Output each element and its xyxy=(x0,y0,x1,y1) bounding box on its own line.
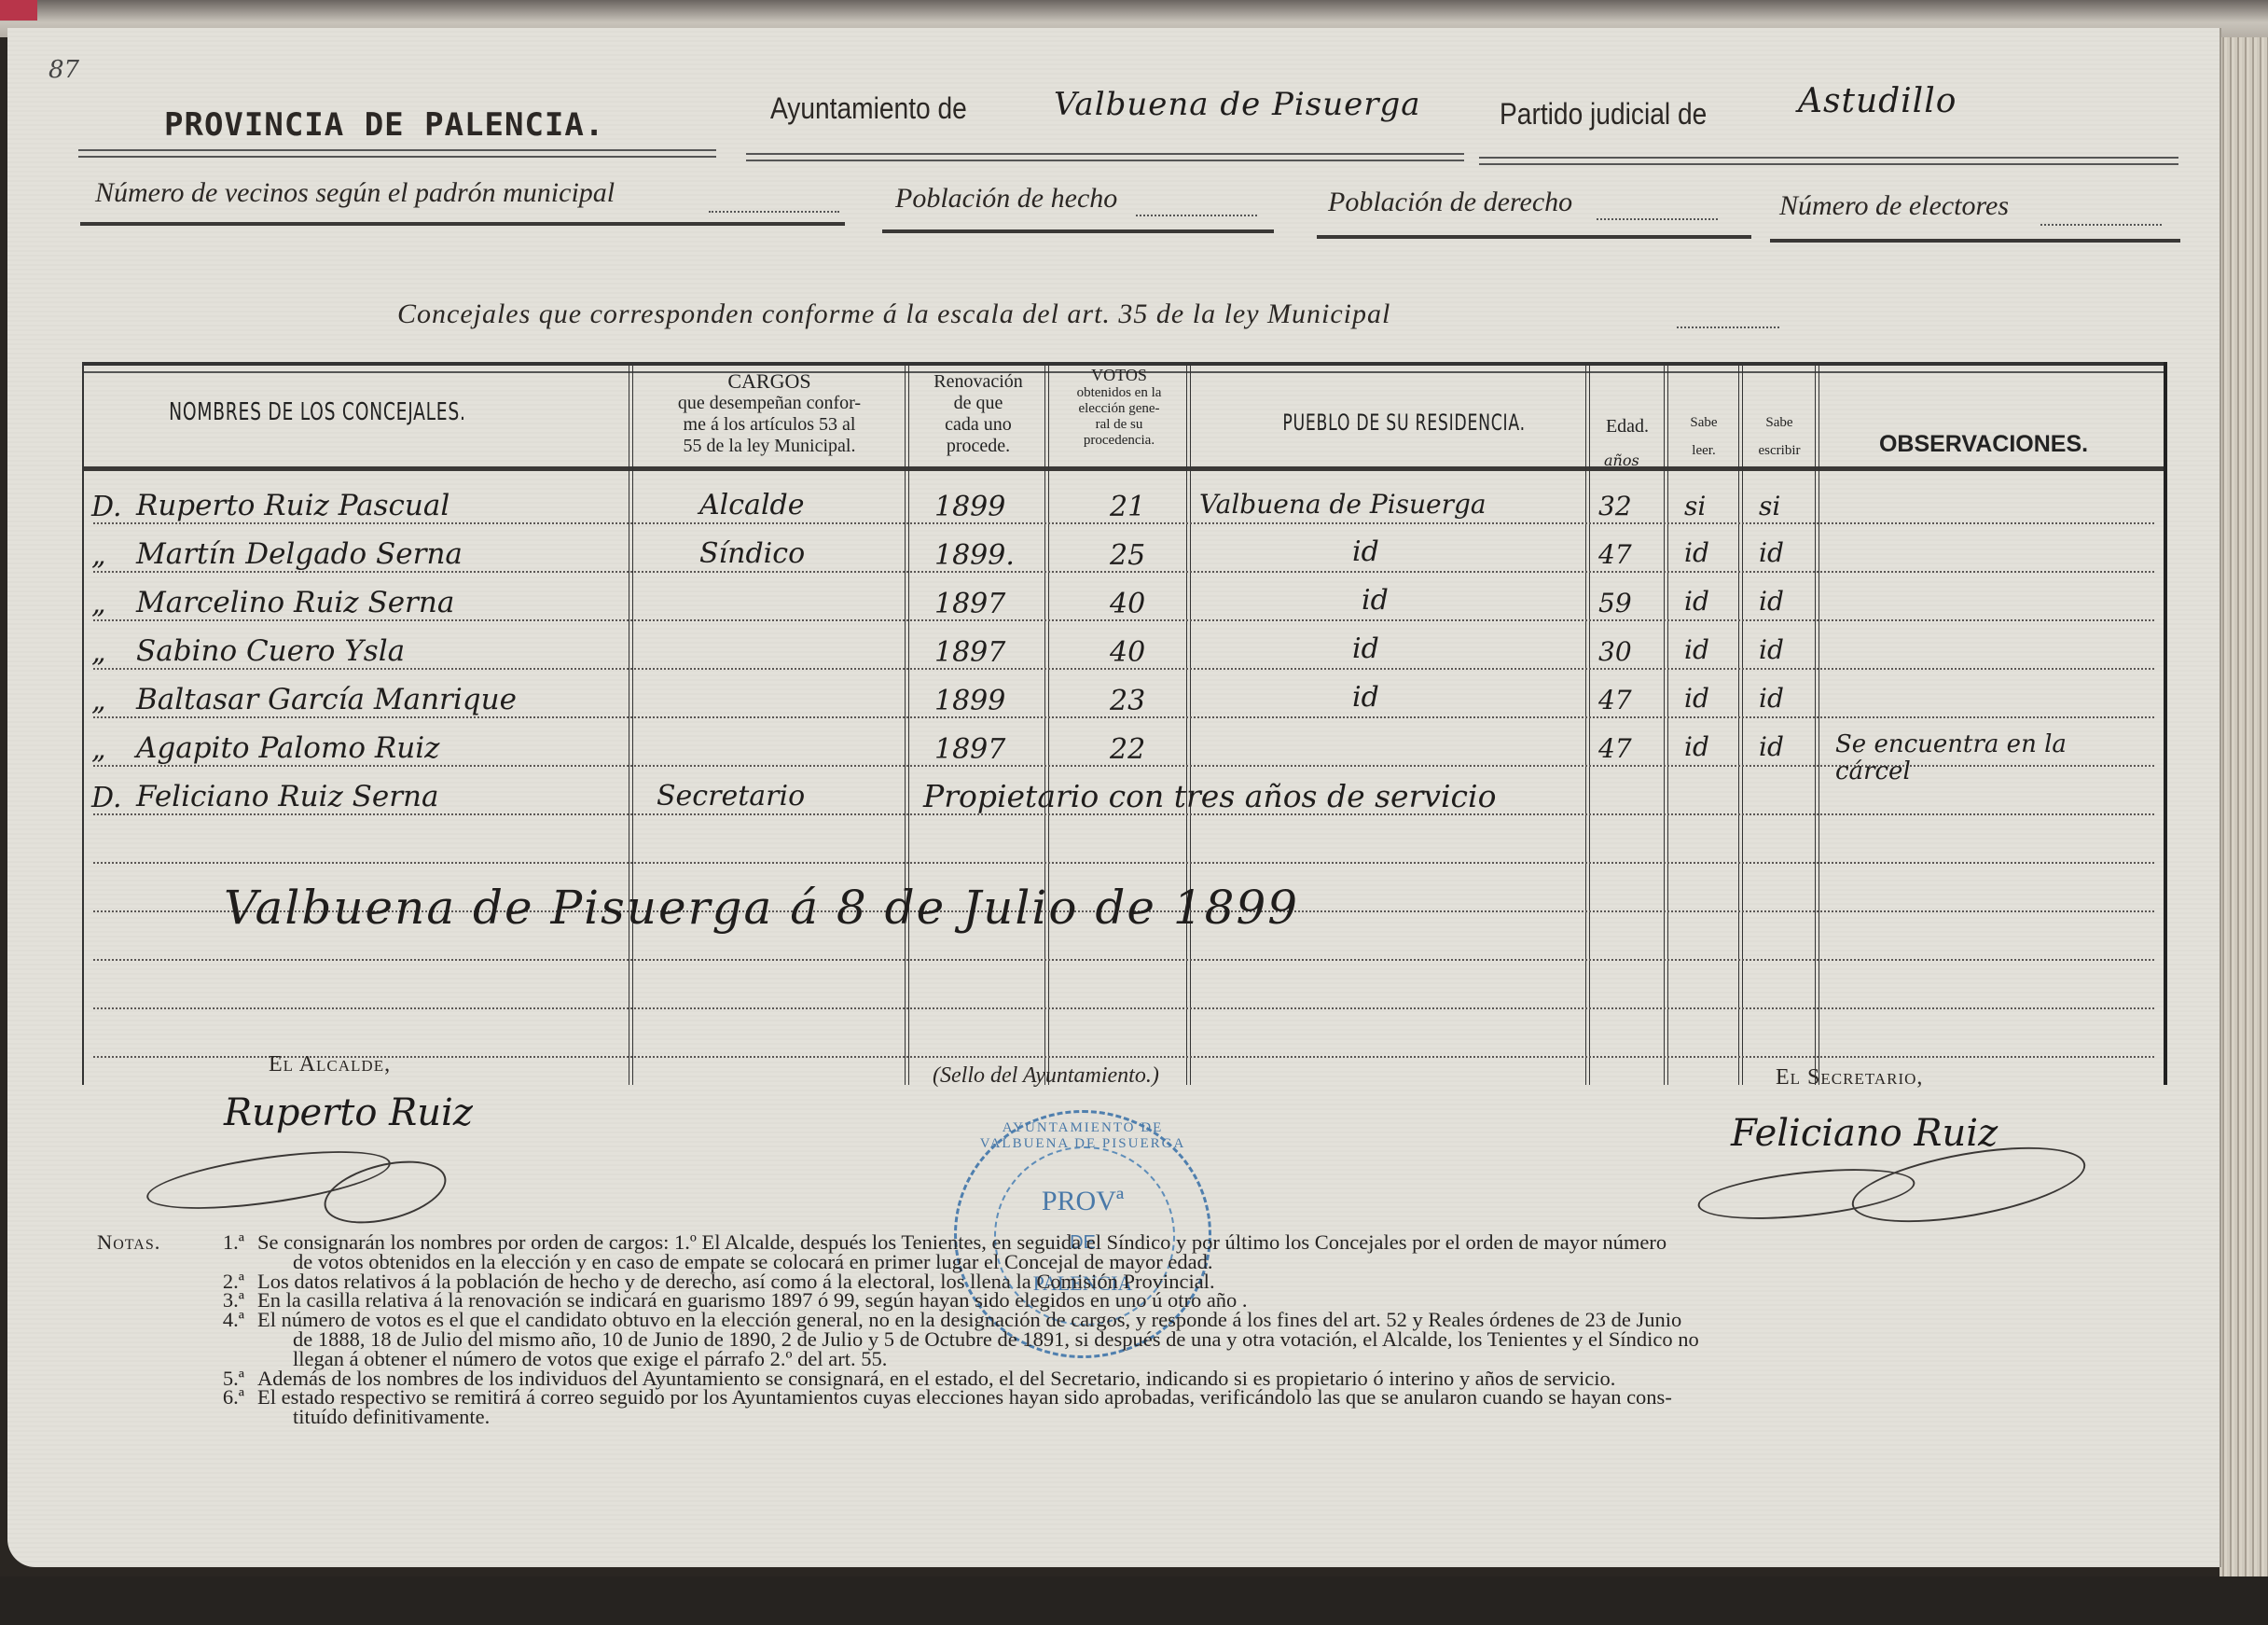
row-sabe-leer: id xyxy=(1684,537,1709,568)
column-divider xyxy=(1815,362,1819,1085)
column-divider xyxy=(1186,362,1191,1085)
row-sabe-escribir: id xyxy=(1759,731,1784,762)
row-edad: 59 xyxy=(1598,588,1632,618)
column-divider xyxy=(1044,362,1049,1085)
column-divider xyxy=(629,362,633,1085)
row-cargo: Síndico xyxy=(699,537,805,570)
row-edad: 47 xyxy=(1598,539,1632,570)
row-renovacion: 1899 xyxy=(934,491,1005,523)
header-edad: Edad. xyxy=(1589,416,1666,437)
vecinos-field xyxy=(709,211,839,213)
notes-heading: Notas. xyxy=(97,1233,190,1253)
row-pueblo: id xyxy=(1362,584,1389,617)
header-sabe-escribir: Sabe escribir xyxy=(1742,409,1817,465)
header-sabe-leer: Sabe leer. xyxy=(1667,409,1740,465)
row-sabe-escribir: si xyxy=(1759,491,1780,521)
row-line xyxy=(93,1007,2154,1009)
note-spacer xyxy=(97,1272,190,1292)
row-prefix: „ xyxy=(91,733,106,766)
row-nombre: Martín Delgado Serna xyxy=(136,537,463,571)
header-sabe-escribir-line: escribir xyxy=(1742,437,1817,465)
row-votos: 22 xyxy=(1110,733,1145,766)
secretario-signature: Feliciano Ruiz xyxy=(1731,1112,1998,1155)
row-sabe-escribir: id xyxy=(1759,537,1784,568)
header-votos-line: obtenidos en la xyxy=(1050,385,1188,401)
header-nombres: NOMBRES DE LOS CONCEJALES. xyxy=(103,399,532,427)
partido-label: Partido judicial de xyxy=(1500,97,1707,132)
note-number: 4.ª xyxy=(190,1311,257,1330)
row-cargo: Secretario xyxy=(657,780,805,812)
row-nombre: Agapito Palomo Ruiz xyxy=(136,731,439,765)
row-sabe-leer: id xyxy=(1684,731,1709,762)
header-edad-annotation: años xyxy=(1604,451,1639,469)
bookmark-ribbon xyxy=(0,0,37,21)
row-edad: 32 xyxy=(1598,491,1632,521)
row-prefix: „ xyxy=(91,685,106,717)
header-cargos-line: CARGOS xyxy=(634,369,905,393)
note-text: El estado respectivo se remitirá á corre… xyxy=(257,1388,2186,1408)
header-sabe-leer-line: leer. xyxy=(1667,437,1740,465)
row-cargo: Alcalde xyxy=(699,489,805,521)
stamp-ring-text: AYUNTAMIENTO DE VALBUENA DE PISUERGA xyxy=(957,1120,1209,1152)
header-sabe-escribir-line: Sabe xyxy=(1742,409,1817,437)
row-sabe-leer: id xyxy=(1684,683,1709,714)
poblacion-derecho-field xyxy=(1597,218,1718,220)
row-votos: 25 xyxy=(1110,539,1145,572)
row-votos: 40 xyxy=(1110,588,1145,620)
row-line xyxy=(93,959,2154,961)
vecinos-label: Número de vecinos según el padrón munici… xyxy=(95,177,615,209)
electores-field xyxy=(2040,224,2162,226)
header-votos-line: procedencia. xyxy=(1050,433,1188,449)
row-nombre: Sabino Cuero Ysla xyxy=(136,634,405,668)
poblacion-hecho-field xyxy=(1136,215,1257,216)
ayuntamiento-label: Ayuntamiento de xyxy=(770,91,967,126)
note-text: tituído definitivamente. xyxy=(97,1408,2186,1427)
column-divider xyxy=(1738,362,1743,1085)
alcalde-signature: Ruperto Ruiz xyxy=(224,1091,473,1134)
row-nombre: Feliciano Ruiz Serna xyxy=(136,780,439,813)
note-spacer xyxy=(97,1369,190,1389)
alcalde-label: El Alcalde, xyxy=(269,1052,391,1077)
note-spacer xyxy=(97,1388,190,1408)
header-renovacion-line: procede. xyxy=(910,436,1046,457)
concejales-escala-line: Concejales que corresponden conforme á l… xyxy=(397,299,1390,330)
header-rule xyxy=(1479,157,2178,165)
row-line xyxy=(93,862,2154,864)
header-cargos-line: 55 de la ley Municipal. xyxy=(634,436,905,457)
column-divider xyxy=(905,362,909,1085)
row-renovacion: 1899. xyxy=(934,539,1015,572)
row-votos: 21 xyxy=(1110,491,1145,523)
row-renovacion: 1897 xyxy=(934,588,1005,620)
header-votos-line: ral de su xyxy=(1050,417,1188,433)
header-renovacion-line: Renovación xyxy=(910,371,1046,393)
concejales-escala-field xyxy=(1677,326,1779,328)
header-rule xyxy=(746,153,1464,161)
province-title: PROVINCIA DE PALENCIA. xyxy=(164,106,604,144)
row-sabe-leer: si xyxy=(1684,491,1706,521)
header-renovacion: Renovación de que cada uno procede. xyxy=(910,371,1046,457)
electores-label: Número de electores xyxy=(1779,190,2009,222)
row-sabe-escribir: id xyxy=(1759,634,1784,665)
partido-value: Astudillo xyxy=(1798,82,1957,120)
corner-page-mark: 87 xyxy=(48,56,79,84)
row-pueblo: id xyxy=(1352,535,1379,568)
row-sabe-leer: id xyxy=(1684,586,1709,617)
header-observaciones: OBSERVACIONES. xyxy=(1820,431,2147,458)
header-cargos: CARGOS que desempeñan confor- me á los a… xyxy=(634,369,905,457)
row-sabe-escribir: id xyxy=(1759,683,1784,714)
row-edad: 30 xyxy=(1598,636,1632,667)
row-sabe-escribir: id xyxy=(1759,586,1784,617)
row-secretario-status: Propietario con tres años de servicio xyxy=(923,778,1496,814)
header-votos-line: VOTOS xyxy=(1050,366,1188,385)
row-prefix: D. xyxy=(91,491,122,523)
header-renovacion-line: de que xyxy=(910,393,1046,414)
row-edad: 47 xyxy=(1598,733,1632,764)
date-place-line: Valbuena de Pisuerga á 8 de Julio de 189… xyxy=(224,881,1299,935)
row-pueblo: Valbuena de Pisuerga xyxy=(1199,489,1487,520)
row-nombre: Baltasar García Manrique xyxy=(136,683,517,716)
row-renovacion: 1897 xyxy=(934,733,1005,766)
row-votos: 40 xyxy=(1110,636,1145,669)
stamp-center-line: PROVª xyxy=(957,1186,1209,1217)
note-number: 1.ª xyxy=(190,1233,257,1253)
book-page-edges xyxy=(2220,37,2268,1595)
census-rule xyxy=(1770,239,2180,243)
note-spacer xyxy=(97,1291,190,1311)
row-prefix: D. xyxy=(91,782,122,814)
census-rule xyxy=(882,229,1274,233)
header-cargos-line: que desempeñan confor- xyxy=(634,393,905,414)
column-divider xyxy=(1664,362,1668,1085)
row-prefix: „ xyxy=(91,588,106,620)
table-header-rule xyxy=(84,466,2164,471)
background-shadow xyxy=(0,1576,2268,1625)
secretario-label: El Secretario, xyxy=(1776,1065,1923,1090)
sello-label: (Sello del Ayuntamiento.) xyxy=(933,1063,1159,1089)
row-prefix: „ xyxy=(91,636,106,669)
row-nombre: Marcelino Ruiz Serna xyxy=(136,586,454,619)
row-renovacion: 1899 xyxy=(934,685,1005,717)
row-pueblo: id xyxy=(1352,681,1379,714)
row-line xyxy=(93,1056,2154,1058)
row-nombre: Ruperto Ruiz Pascual xyxy=(136,489,449,522)
header-votos-line: elección gene- xyxy=(1050,401,1188,417)
row-sabe-leer: id xyxy=(1684,634,1709,665)
poblacion-derecho-label: Población de derecho xyxy=(1328,187,1572,218)
concejales-table: NOMBRES DE LOS CONCEJALES. CARGOS que de… xyxy=(82,362,2167,1085)
row-edad: 47 xyxy=(1598,685,1632,715)
header-rule xyxy=(78,149,716,158)
census-rule xyxy=(1317,235,1751,239)
row-pueblo: id xyxy=(1352,632,1379,665)
header-votos: VOTOS obtenidos en la elección gene- ral… xyxy=(1050,366,1188,450)
notes-section: Notas. 1.ª Se consignarán los nombres po… xyxy=(97,1233,2186,1427)
document-page: 87 PROVINCIA DE PALENCIA. Ayuntamiento d… xyxy=(7,28,2221,1567)
ayuntamiento-value: Valbuena de Pisuerga xyxy=(1054,86,1421,123)
note-spacer xyxy=(97,1311,190,1330)
poblacion-hecho-label: Población de hecho xyxy=(895,183,1117,215)
header-sabe-leer-line: Sabe xyxy=(1667,409,1740,437)
header-renovacion-line: cada uno xyxy=(910,414,1046,436)
row-prefix: „ xyxy=(91,539,106,572)
column-divider xyxy=(1585,362,1590,1085)
row-votos: 23 xyxy=(1110,685,1145,717)
header-cargos-line: me á los artículos 53 al xyxy=(634,414,905,436)
census-rule xyxy=(80,222,845,226)
row-observaciones: Se encuentra en la cárcel xyxy=(1835,731,2134,785)
row-renovacion: 1897 xyxy=(934,636,1005,669)
header-pueblo: PUEBLO DE SU RESIDENCIA. xyxy=(1250,410,1558,437)
note-number: 6.ª xyxy=(190,1388,257,1408)
